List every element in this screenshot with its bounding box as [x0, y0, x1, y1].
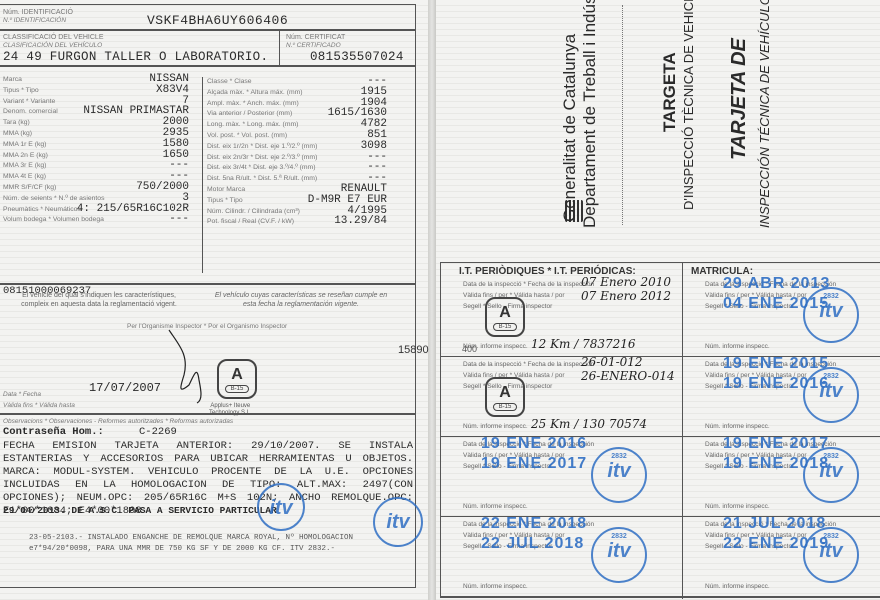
- signature-icon: [159, 325, 209, 405]
- observation-line: FECHA EMISION TARJETA ANTERIOR: 29/10/20…: [3, 440, 413, 453]
- itv-circle-stamp-icon: 2832itv: [803, 367, 859, 423]
- valid-until-value: 22 JUL 2018: [481, 535, 584, 553]
- observation-line: OPCIONES); NEUM.OPC: 205/65R16C M+S 102N…: [3, 492, 413, 505]
- stamp-code: B-15: [225, 385, 249, 393]
- inspection-date-value: 21 JUL 2018: [723, 515, 826, 533]
- stamp-letter: A: [219, 365, 255, 385]
- title-es: TARJETA DE: [728, 38, 751, 160]
- observations-header: Observacions * Observaciones - Reformes …: [3, 418, 233, 425]
- verification-text-es: El vehículo cuyas características se res…: [211, 291, 391, 309]
- side-number: 15890: [398, 344, 429, 356]
- inspection-date-value: 19 ENE 2017: [723, 435, 829, 453]
- field-label-report-num: Núm. informe inspecc.: [463, 583, 528, 590]
- stamp-caption-1: Applus+ Iteuve: [209, 403, 252, 410]
- inspection-date-value: 19 ENE 2015: [723, 355, 829, 373]
- inspection-cell: Data de la inspecció * Fecha de la inspe…: [441, 357, 682, 437]
- inspection-date-value: 07 Enero 2010: [581, 275, 671, 289]
- itevelesa-circle-stamp-icon: itv: [373, 497, 423, 547]
- inspector-stamp-icon: AB-15: [485, 297, 525, 337]
- observation-note-2: 23-05-2103.- INSTALADO ENGANCHE DE REMOL…: [29, 533, 353, 555]
- itv-circle-stamp-icon: 2832itv: [591, 527, 647, 583]
- field-label-report-num: Núm. informe inspecc.: [705, 583, 770, 590]
- report-number-value: 12 Km / 7837216: [531, 337, 636, 351]
- inspection-cell: Data de la inspecció * Fecha de la inspe…: [441, 517, 682, 597]
- date-label-es: Vàlida fins * Válida hasta: [3, 400, 75, 411]
- valid-until-value: 19 ENE 2017: [481, 455, 587, 473]
- inspector-stamp-icon: AB-15: [485, 377, 525, 417]
- dotted-divider: [622, 5, 623, 225]
- date-value: 17/07/2007: [89, 381, 161, 395]
- itv-circle-stamp-icon: 2832itv: [803, 287, 859, 343]
- field-label-report-num: Núm. informe inspecc.: [463, 423, 528, 430]
- mid-number: 400: [462, 344, 477, 354]
- inspection-date-value: 26-01-012: [581, 355, 643, 369]
- cover-titles: [0, 0, 444, 255]
- title-ca: TARGETA: [660, 52, 680, 132]
- observation-note-1: 29/04/2013. DE A.S.C. PASA A SERVICIO PA…: [3, 505, 277, 516]
- observation-line: MARCA: MODUL-SYSTEM. VEHICULO PROCENTE D…: [3, 466, 413, 479]
- inspection-cell: Data de la inspecció * Fecha de la inspe…: [683, 357, 880, 437]
- field-label-report-num: Núm. informe inspecc.: [705, 423, 770, 430]
- itv-circle-stamp-icon: 2832itv: [803, 447, 859, 503]
- inspection-date-value: 22 ENE 2018: [481, 515, 587, 533]
- inspection-cell: Data de la inspecció * Fecha de la inspe…: [683, 437, 880, 517]
- field-label-inspection-date: Data de la inspecció * Fecha de la inspe…: [463, 281, 594, 288]
- observations-section: Observacions * Observaciones - Reformes …: [0, 414, 416, 588]
- itv-circle-stamp-icon: 2832itv: [591, 447, 647, 503]
- inspection-cell: Data de la inspecció * Fecha de la inspe…: [683, 517, 880, 597]
- contrasena-label: Contraseña Hom.:: [3, 426, 104, 438]
- verification-text-ca: El vehicle del qual s'indiquen les carac…: [9, 291, 189, 309]
- contrasena-value: C-2269: [139, 426, 177, 438]
- subtitle-ca: D'INSPECCIÓ TÈCNICA DE VEHICLES: [681, 0, 696, 210]
- field-label-report-num: Núm. informe inspecc.: [463, 503, 528, 510]
- valid-until-value: 26-ENERO-014: [581, 369, 675, 383]
- itv-circle-stamp-icon: itv: [257, 483, 305, 531]
- field-label-inspection-date: Data de la inspecció * Fecha de la inspe…: [463, 361, 594, 368]
- inspection-date-value: 29 ABR 2013: [723, 275, 830, 293]
- inspection-date-value: 19 ENE 2016: [481, 435, 587, 453]
- date-label-ca: Data * Fecha: [3, 389, 75, 400]
- observation-line: INCLUIDAS EN LA HOMOLOGACION DE TIPO: AL…: [3, 479, 413, 492]
- observation-line: ESTANTERIAS Y ACCESORIOS PARA UBICAR HER…: [3, 453, 413, 466]
- observation-note-2-line2: e7*94/20*0098, PARA UNA MMR DE 750 KG SF…: [29, 544, 353, 555]
- report-number-value: 25 Km / 130 70574: [531, 417, 647, 431]
- field-label-report-num: Núm. informe inspecc.: [705, 503, 770, 510]
- inspector-stamp-icon: A B-15: [217, 359, 257, 399]
- inspection-cell: Data de la inspecció * Fecha de la inspe…: [441, 437, 682, 517]
- inspections-table: I.T. PERIÒDIQUES * I.T. PERIÓDICAS: MATR…: [440, 262, 880, 598]
- itv-circle-stamp-icon: 2832itv: [803, 527, 859, 583]
- issuer-line-1: Generalitat de Catalunya: [560, 34, 580, 222]
- observation-note-2-line1: 23-05-2103.- INSTALADO ENGANCHE DE REMOL…: [29, 533, 353, 544]
- date-label: Data * Fecha Vàlida fins * Válida hasta: [3, 389, 75, 411]
- verification-section: El vehicle del qual s'indiquen les carac…: [0, 284, 416, 414]
- field-label-report-num: Núm. informe inspecc.: [705, 343, 770, 350]
- inspection-cell: Data de la inspecció * Fecha de la inspe…: [683, 277, 880, 357]
- inspection-cell: Data de la inspecció * Fecha de la inspe…: [441, 277, 682, 357]
- valid-until-value: 07 Enero 2012: [581, 289, 671, 303]
- subtitle-es: INSPECCIÓN TÉCNICA DE VEHÍCULOS: [757, 0, 772, 228]
- issuer-line-2: Departament de Treball i Indústria: [580, 0, 600, 228]
